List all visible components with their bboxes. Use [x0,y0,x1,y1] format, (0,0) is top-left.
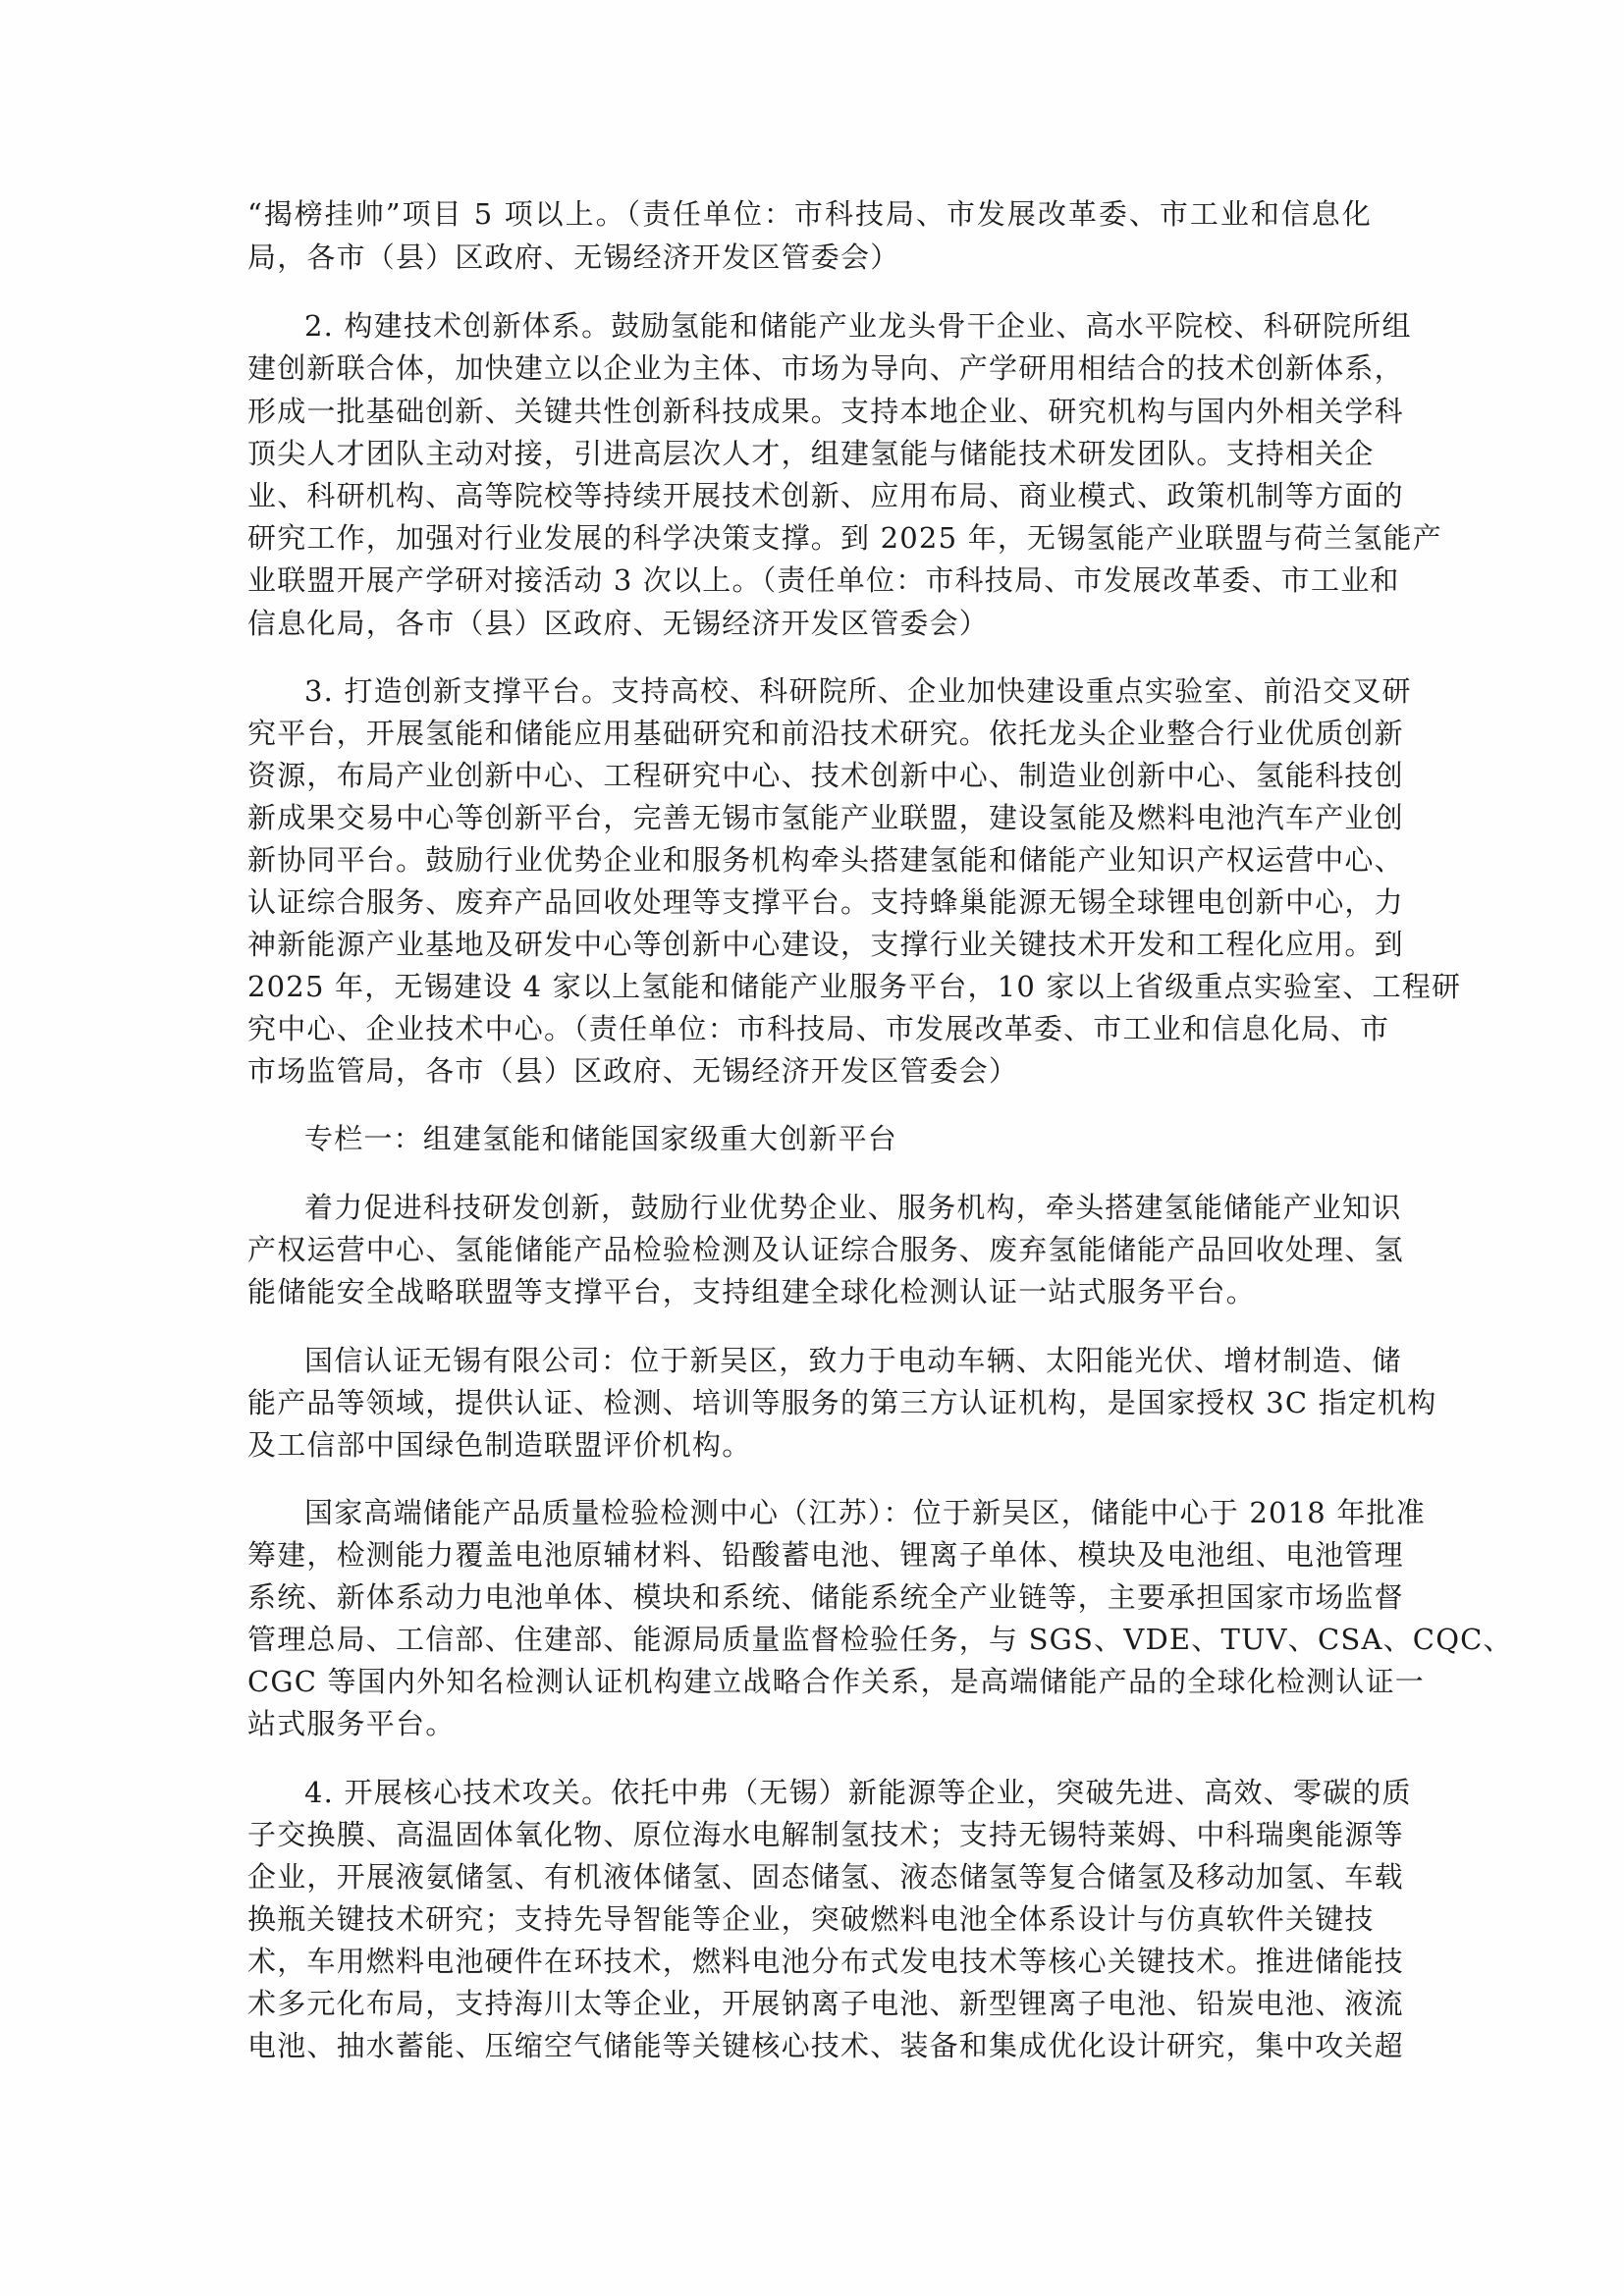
text-line: 究平台，开展氢能和储能应用基础研究和前沿技术研究。依托龙头企业整合行业优质创新 [247,714,1372,753]
text-line: 子交换膜、高温固体氧化物、原位海水电解制氢技术；支持无锡特莱姆、中科瑞奥能源等 [247,1815,1372,1854]
text-line: 产权运营中心、氢能储能产品检验检测及认证综合服务、废弃氢能储能产品回收处理、氢 [247,1230,1372,1269]
text-line: 电池、抽水蓄能、压缩空气储能等关键核心技术、装备和集成优化设计研究，集中攻关超 [247,2026,1372,2065]
text-line: 认证综合服务、废弃产品回收处理等支撑平台。支持蜂巢能源无锡全球锂电创新中心，力 [247,882,1372,922]
text-line: 国家高端储能产品质量检验检测中心（江苏）：位于新吴区，储能中心于 2018 年批… [304,1493,1372,1532]
text-line: 信息化局，各市（县）区政府、无锡经济开发区管委会） [247,604,1372,643]
text-line: 站式服务平台。 [247,1704,1372,1743]
text-line: 国信认证无锡有限公司：位于新吴区，致力于电动车辆、太阳能光伏、增材制造、储 [304,1341,1372,1380]
text-line: 局，各市（县）区政府、无锡经济开发区管委会） [247,238,1372,277]
text-line: 2. 构建技术创新体系。鼓励氢能和储能产业龙头骨干企业、高水平院校、科研院所组 [304,306,1372,346]
text-line: 形成一批基础创新、关键共性创新科技成果。支持本地企业、研究机构与国内外相关学科 [247,392,1372,431]
section-heading: 专栏一：组建氢能和储能国家级重大创新平台 [304,1119,1372,1158]
text-line: “揭榜挂帅”项目 5 项以上。（责任单位：市科技局、市发展改革委、市工业和信息化 [247,194,1372,234]
text-line: 研究工作，加强对行业发展的科学决策支撑。到 2025 年，无锡氢能产业联盟与荷兰… [247,518,1372,558]
text-line: 神新能源产业基地及研发中心等创新中心建设，支撑行业关键技术开发和工程化应用。到 [247,925,1372,964]
text-line: 新成果交易中心等创新平台，完善无锡市氢能产业联盟，建设氢能及燃料电池汽车产业创 [247,798,1372,837]
text-line: 管理总局、工信部、住建部、能源局质量监督检验任务，与 SGS、VDE、TUV、C… [247,1620,1372,1659]
text-line: 及工信部中国绿色制造联盟评价机构。 [247,1425,1372,1465]
text-line: 业联盟开展产学研对接活动 3 次以上。（责任单位：市科技局、市发展改革委、市工业… [247,561,1372,600]
text-line: 市场监管局，各市（县）区政府、无锡经济开发区管委会） [247,1051,1372,1091]
text-line: 筹建，检测能力覆盖电池原辅材料、铅酸蓄电池、锂离子单体、模块及电池组、电池管理 [247,1535,1372,1575]
text-line: 业、科研机构、高等院校等持续开展技术创新、应用布局、商业模式、政策机制等方面的 [247,476,1372,515]
text-line: 资源，布局产业创新中心、工程研究中心、技术创新中心、制造业创新中心、氢能科技创 [247,756,1372,795]
text-line: 4. 开展核心技术攻关。依托中弗（无锡）新能源等企业，突破先进、高效、零碳的质 [304,1773,1372,1812]
text-line: 术，车用燃料电池硬件在环技术，燃料电池分布式发电技术等核心关键技术。推进储能技 [247,1942,1372,1981]
text-line: 能储能安全战略联盟等支撑平台，支持组建全球化检测认证一站式服务平台。 [247,1272,1372,1311]
text-line: 术多元化布局，支持海川太等企业，开展钠离子电池、新型锂离子电池、铅炭电池、液流 [247,1984,1372,2023]
text-line: 究中心、企业技术中心。（责任单位：市科技局、市发展改革委、市工业和信息化局、市 [247,1009,1372,1048]
text-line: 顶尖人才团队主动对接，引进高层次人才，组建氢能与储能技术研发团队。支持相关企 [247,434,1372,473]
text-line: 系统、新体系动力电池单体、模块和系统、储能系统全产业链等，主要承担国家市场监督 [247,1577,1372,1617]
text-line: 换瓶关键技术研究；支持先导智能等企业，突破燃料电池全体系设计与仿真软件关键技 [247,1899,1372,1939]
text-line: 新协同平台。鼓励行业优势企业和服务机构牵头搭建氢能和储能产业知识产权运营中心、 [247,840,1372,880]
text-line: 建创新联合体，加快建立以企业为主体、市场为导向、产学研用相结合的技术创新体系， [247,348,1372,388]
text-line: CGC 等国内外知名检测认证机构建立战略合作关系，是高端储能产品的全球化检测认证… [247,1662,1372,1701]
text-line: 能产品等领域，提供认证、检测、培训等服务的第三方认证机构，是国家授权 3C 指定… [247,1383,1372,1422]
text-line: 2025 年，无锡建设 4 家以上氢能和储能产业服务平台，10 家以上省级重点实… [247,967,1372,1006]
document-page: “揭榜挂帅”项目 5 项以上。（责任单位：市科技局、市发展改革委、市工业和信息化… [0,0,1624,2296]
text-line: 企业，开展液氨储氢、有机液体储氢、固态储氢、液态储氢等复合储氢及移动加氢、车载 [247,1857,1372,1896]
text-line: 着力促进科技研发创新，鼓励行业优势企业、服务机构，牵头搭建氢能储能产业知识 [304,1188,1372,1227]
text-line: 3. 打造创新支撑平台。支持高校、科研院所、企业加快建设重点实验室、前沿交叉研 [304,671,1372,711]
